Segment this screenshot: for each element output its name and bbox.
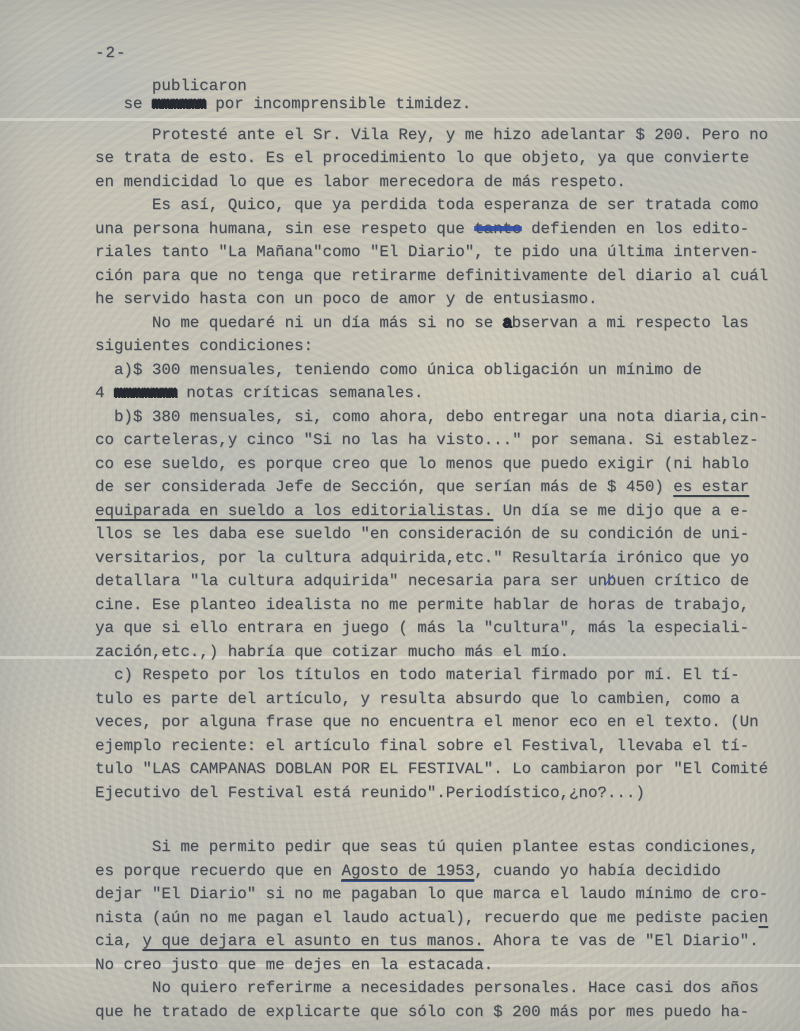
text-line: cia, y que dejara el asunto en tus manos… <box>95 930 790 954</box>
text-line: he servido hasta con un poco de amor y d… <box>95 288 790 312</box>
text-segment-u: equiparada en sueldo a los editorialista… <box>95 502 493 520</box>
text-segment: defienden en los edito- <box>522 220 750 238</box>
text-segment: cia, <box>95 932 142 950</box>
text-line: co carteleras,y cinco "Si no las ha vist… <box>95 429 790 453</box>
text-segment-upen: Agosto de 1953 <box>341 862 474 882</box>
text-segment: ción para que no tenga que retirarme def… <box>95 267 768 285</box>
text-segment: ya que si ello entrara en juego ( más la… <box>95 619 749 637</box>
text-line: c) Respeto por los títulos en todo mater… <box>95 664 790 688</box>
text-segment-blot: a <box>503 314 512 332</box>
letter-lines: publicaronse mmmmmm por incomprensible t… <box>95 75 790 1025</box>
text-segment: a)$ 300 mensuales, teniendo como única o… <box>114 361 702 379</box>
text-line: b)$ 380 mensuales, si, como ahora, debo … <box>95 406 790 430</box>
text-segment-xpen: tanto <box>474 220 521 238</box>
text-line: Ejecutivo del Festival está reunido".Per… <box>95 782 790 806</box>
text-line: co ese sueldo, es porque creo que lo men… <box>95 453 790 477</box>
text-segment: Ahora te vas de "El Diario". <box>484 932 759 950</box>
text-segment: dejar "El Diario" si no me pagaban lo qu… <box>95 885 768 903</box>
text-line: cine. Ese planteo idealista no me permit… <box>95 594 790 618</box>
text-segment: , cuando yo había decidido <box>474 862 720 880</box>
text-segment: b)$ 380 mensuales, si, como ahora, debo … <box>114 408 768 426</box>
text-segment: zación,etc.,) habría que cotizar mucho m… <box>95 643 569 661</box>
text-segment: de ser considerada Jefe de Sección, que … <box>95 478 673 496</box>
text-segment: publicaron <box>152 77 247 95</box>
text-segment: c) Respeto por los títulos en todo mater… <box>114 666 740 684</box>
text-segment: buen crítico de <box>607 572 749 590</box>
text-line: dejar "El Diario" si no me pagaban lo qu… <box>95 883 790 907</box>
text-line: Es así, Quico, que ya perdida toda esper… <box>95 194 790 218</box>
text-line: detallara "la cultura adquirida" necesar… <box>95 570 790 594</box>
page-number: -2- <box>95 42 790 66</box>
text-segment: versitarios, por la cultura adquirida,et… <box>95 549 749 567</box>
text-segment-u: n <box>759 909 768 927</box>
text-segment: Si me permito pedir que seas tú quien pl… <box>152 838 759 856</box>
text-line: una persona humana, sin ese respeto que … <box>95 218 790 242</box>
text-segment: por incomprensible timidez. <box>206 95 471 113</box>
text-line: siguientes condiciones: <box>95 335 790 359</box>
text-segment: es porque recuerdo que en <box>95 862 341 880</box>
text-segment-blot: mmmmmm <box>152 95 206 113</box>
text-line: No me quedaré ni un día más si no se abs… <box>95 312 790 336</box>
text-line: versitarios, por la cultura adquirida,et… <box>95 547 790 571</box>
text-segment: riales tanto "La Mañana"como "El Diario"… <box>95 243 759 261</box>
text-line: que he tratado de explicarte que sólo co… <box>95 1001 790 1025</box>
text-line: ejemplo reciente: el artículo final sobr… <box>95 735 790 759</box>
text-line: de ser considerada Jefe de Sección, que … <box>95 476 790 500</box>
text-line: a)$ 300 mensuales, teniendo como única o… <box>95 359 790 383</box>
text-segment: Protesté ante el Sr. Vila Rey, y me hizo… <box>152 126 768 144</box>
text-line: se trata de esto. Es el procedimiento lo… <box>95 147 790 171</box>
text-line: ya que si ello entrara en juego ( más la… <box>95 617 790 641</box>
text-line: zación,etc.,) habría que cotizar mucho m… <box>95 641 790 665</box>
text-segment-u: es estar <box>673 478 749 496</box>
text-segment: No me quedaré ni un día más si no se <box>152 314 503 332</box>
text-segment: co carteleras,y cinco "Si no las ha vist… <box>95 431 759 449</box>
text-line: No creo justo que me dejes en la estacad… <box>95 954 790 978</box>
text-segment: tulo "LAS CAMPANAS DOBLAN POR EL FESTIVA… <box>95 760 768 778</box>
text-segment: en mendicidad lo que es labor merecedora… <box>95 173 626 191</box>
text-segment: veces, por alguna frase que no encuentra… <box>95 713 759 731</box>
text-segment: Es así, Quico, que ya perdida toda esper… <box>152 196 759 214</box>
text-segment-blot: mmmmmmm <box>114 384 177 402</box>
text-segment: ejemplo reciente: el artículo final sobr… <box>95 737 749 755</box>
text-line: equiparada en sueldo a los editorialista… <box>95 500 790 524</box>
text-line: 4 mmmmmmm notas críticas semanales. <box>95 382 790 406</box>
text-line: en mendicidad lo que es labor merecedora… <box>95 171 790 195</box>
text-segment: que he tratado de explicarte que sólo co… <box>95 1003 749 1021</box>
text-line: veces, por alguna frase que no encuentra… <box>95 711 790 735</box>
text-segment: detallara "la cultura adquirida" necesar… <box>95 572 607 590</box>
letter-page: -2- publicaronse mmmmmm por incomprensib… <box>0 0 800 1031</box>
text-line: Protesté ante el Sr. Vila Rey, y me hizo… <box>95 124 790 148</box>
text-segment-u: y que dejara el asunto en tus manos. <box>142 932 483 950</box>
text-segment: una persona humana, sin ese respeto que <box>95 220 474 238</box>
text-segment: No creo justo que me dejes en la estacad… <box>95 956 493 974</box>
text-segment: se <box>123 95 151 113</box>
text-segment: se trata de esto. Es el procedimiento lo… <box>95 149 749 167</box>
text-segment: nista (aún no me pagan el laudo actual),… <box>95 909 759 927</box>
text-line: se mmmmmm por incomprensible timidez. <box>95 93 790 117</box>
text-segment: cine. Ese planteo idealista no me permit… <box>95 596 749 614</box>
text-segment: notas críticas semanales. <box>177 384 423 402</box>
text-segment: 4 <box>95 384 114 402</box>
text-segment: siguientes condiciones: <box>95 337 313 355</box>
text-line: No quiero referirme a necesidades person… <box>95 977 790 1001</box>
text-line: llos se les daba ese sueldo "en consider… <box>95 523 790 547</box>
text-line: tulo "LAS CAMPANAS DOBLAN POR EL FESTIVA… <box>95 758 790 782</box>
text-line: es porque recuerdo que en Agosto de 1953… <box>95 860 790 884</box>
text-line: Si me permito pedir que seas tú quien pl… <box>95 836 790 860</box>
text-segment: Ejecutivo del Festival está reunido".Per… <box>95 784 645 802</box>
text-line: riales tanto "La Mañana"como "El Diario"… <box>95 241 790 265</box>
text-segment: Un día se me dijo que a e- <box>493 502 749 520</box>
text-line: ción para que no tenga que retirarme def… <box>95 265 790 289</box>
text-segment: tulo es parte del artículo, y resulta ab… <box>95 690 740 708</box>
text-line: tulo es parte del artículo, y resulta ab… <box>95 688 790 712</box>
text-segment: co ese sueldo, es porque creo que lo men… <box>95 455 749 473</box>
letter-body: -2- publicaronse mmmmmm por incomprensib… <box>95 42 790 1024</box>
text-segment: bservan a mi respecto las <box>512 314 749 332</box>
text-segment: llos se les daba ese sueldo "en consider… <box>95 525 749 543</box>
text-segment: he servido hasta con un poco de amor y d… <box>95 290 597 308</box>
text-line: nista (aún no me pagan el laudo actual),… <box>95 907 790 931</box>
text-segment: No quiero referirme a necesidades person… <box>152 979 759 997</box>
